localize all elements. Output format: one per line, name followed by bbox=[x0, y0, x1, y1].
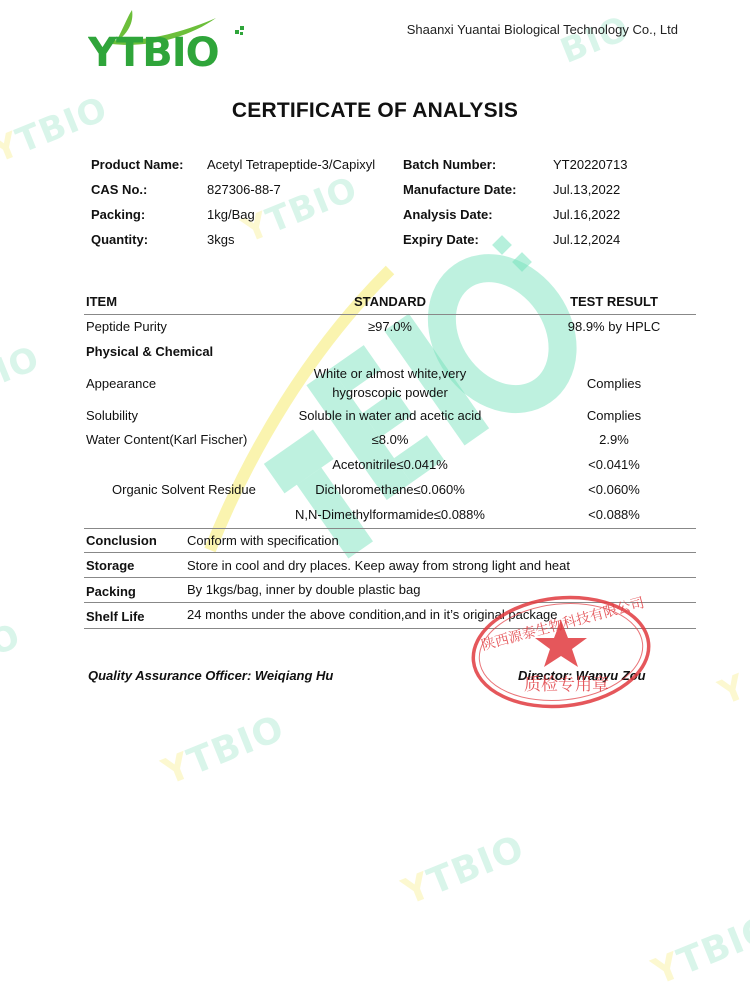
analysis-date-label: Analysis Date: bbox=[403, 207, 553, 222]
row-standard: ≥97.0% bbox=[254, 319, 526, 334]
storage-value: Store in cool and dry places. Keep away … bbox=[187, 558, 570, 573]
company-contact-block: Shaanxi Yuantai Biological Technology Co… bbox=[388, 22, 678, 37]
header-standard: STANDARD bbox=[254, 294, 526, 309]
divider bbox=[84, 552, 696, 553]
stamp-bottom-text: 质检专用章 bbox=[524, 674, 609, 695]
expiry-date-value: Jul.12,2024 bbox=[553, 232, 620, 247]
watermark-logo: YTBIO bbox=[647, 908, 750, 994]
analysis-date-value: Jul.16,2022 bbox=[553, 207, 620, 222]
row-standard: Dichloromethane≤0.060% bbox=[254, 482, 526, 497]
shelf-life-label: Shelf Life bbox=[86, 609, 145, 624]
expiry-date-label: Expiry Date: bbox=[403, 232, 553, 247]
company-name: Shaanxi Yuantai Biological Technology Co… bbox=[388, 22, 678, 37]
divider bbox=[84, 528, 696, 529]
row-result: Complies bbox=[534, 376, 694, 391]
header-item: ITEM bbox=[86, 294, 117, 309]
quantity-label: Quantity: bbox=[91, 232, 207, 247]
watermark-logo: YTBIO bbox=[157, 708, 290, 794]
packing-value: 1kg/Bag bbox=[207, 207, 255, 222]
header-test-result: TEST RESULT bbox=[534, 294, 694, 309]
row-result: Complies bbox=[534, 408, 694, 423]
row-standard: White or almost white,very bbox=[254, 366, 526, 381]
cas-label: CAS No.: bbox=[91, 182, 207, 197]
row-standard: Acetonitrile≤0.041% bbox=[254, 457, 526, 472]
product-info-right: Batch Number:YT20220713 Manufacture Date… bbox=[403, 152, 627, 252]
watermark-logo: BIO bbox=[0, 338, 45, 401]
row-standard: Soluble in water and acetic acid bbox=[254, 408, 526, 423]
row-result: <0.088% bbox=[534, 507, 694, 522]
analysis-table-header: ITEM STANDARD TEST RESULT bbox=[84, 290, 696, 315]
row-result: 98.9% by HPLC bbox=[534, 319, 694, 334]
section-heading: Physical & Chemical bbox=[86, 344, 213, 359]
manufacture-date-value: Jul.13,2022 bbox=[553, 182, 620, 197]
packing-label: Packing: bbox=[91, 207, 207, 222]
watermark-logo: Y bbox=[713, 667, 750, 714]
row-result: <0.060% bbox=[534, 482, 694, 497]
product-name-label: Product Name: bbox=[91, 157, 207, 172]
ytbio-logo: YTBIO bbox=[88, 8, 248, 70]
divider bbox=[84, 577, 696, 578]
conclusion-label: Conclusion bbox=[86, 533, 157, 548]
row-item: Solubility bbox=[86, 408, 138, 423]
row-result: 2.9% bbox=[534, 432, 694, 447]
watermark-logo: O bbox=[0, 616, 26, 664]
row-standard: hygroscopic powder bbox=[254, 385, 526, 400]
conclusion-value: Conform with specification bbox=[187, 533, 339, 548]
row-result: <0.041% bbox=[534, 457, 694, 472]
batch-number-label: Batch Number: bbox=[403, 157, 553, 172]
company-seal-stamp: 陕西源泰生物科技有限公司 质检专用章 bbox=[466, 590, 656, 710]
document-title: CERTIFICATE OF ANALYSIS bbox=[0, 99, 750, 123]
email-address[interactable]: Allen@sxytbio.com bbox=[734, 39, 750, 51]
row-standard: ≤8.0% bbox=[254, 432, 526, 447]
cas-value: 827306-88-7 bbox=[207, 182, 281, 197]
batch-number-value: YT20220713 bbox=[553, 157, 627, 172]
row-item: Water Content(Karl Fischer) bbox=[86, 432, 247, 447]
product-name-value: Acetyl Tetrapeptide-3/Capixyl bbox=[207, 157, 375, 172]
storage-label: Storage bbox=[86, 558, 134, 573]
product-info-left: Product Name:Acetyl Tetrapeptide-3/Capix… bbox=[91, 152, 375, 252]
row-item: Appearance bbox=[86, 376, 156, 391]
quantity-value: 3kgs bbox=[207, 232, 234, 247]
row-item: Organic Solvent Residue bbox=[112, 482, 256, 497]
svg-text:YTBIO: YTBIO bbox=[88, 30, 219, 70]
watermark-logo: YTBIO bbox=[397, 828, 530, 914]
packing-footer-value: By 1kgs/bag, inner by double plastic bag bbox=[187, 582, 420, 597]
row-standard: N,N-Dimethylformamide≤0.088% bbox=[254, 507, 526, 522]
qa-officer-signature: Quality Assurance Officer: Weiqiang Hu bbox=[88, 668, 333, 683]
packing-footer-label: Packing bbox=[86, 584, 136, 599]
manufacture-date-label: Manufacture Date: bbox=[403, 182, 553, 197]
row-item: Peptide Purity bbox=[86, 319, 167, 334]
